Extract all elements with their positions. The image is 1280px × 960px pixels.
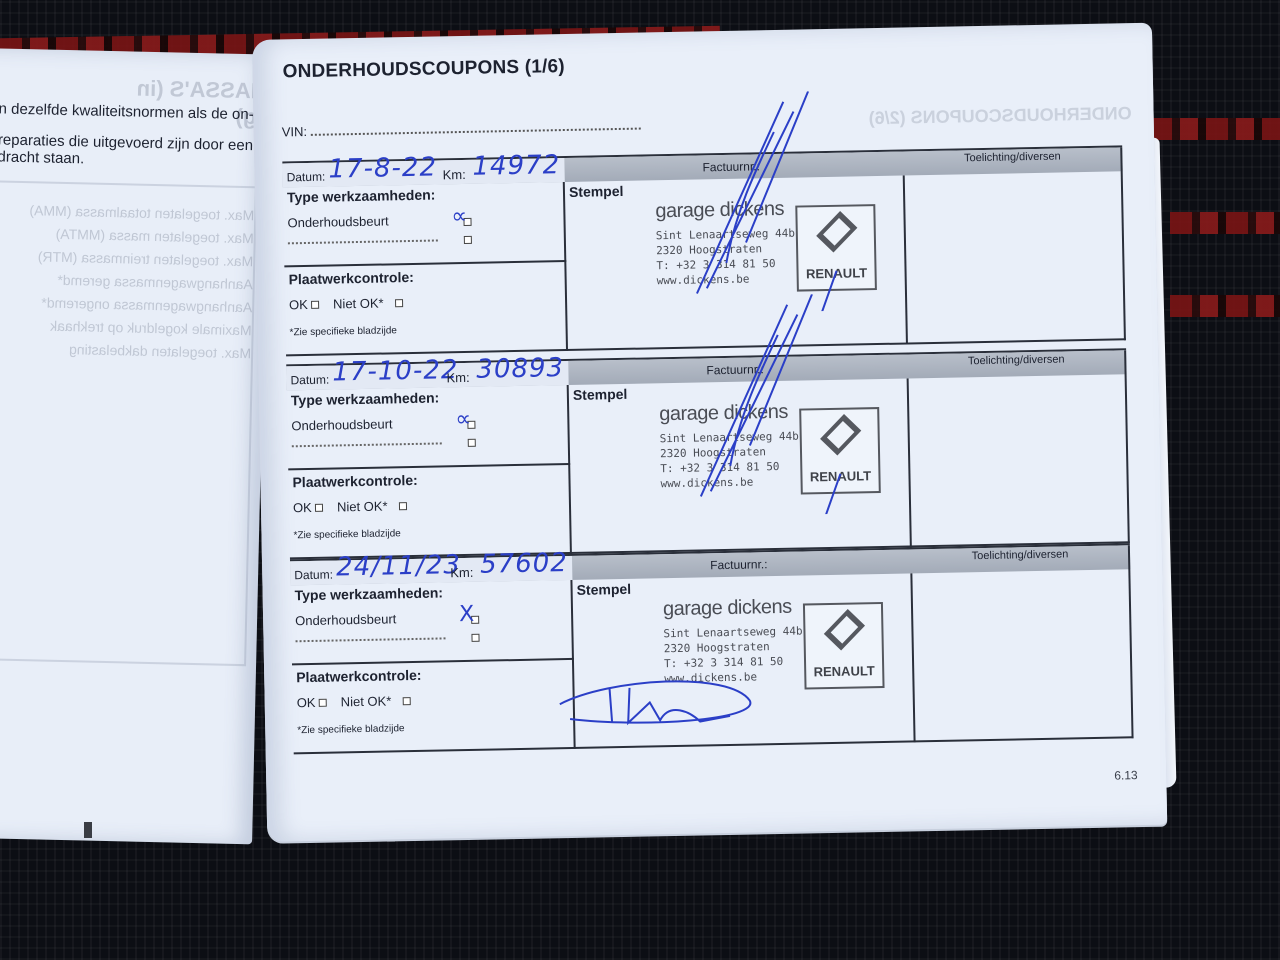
notes-column[interactable]: Toelichting/diversen — [912, 545, 1134, 742]
other-work-checkbox[interactable] — [468, 439, 476, 447]
work-type-column: Type werkzaamheden: Onderhoudsbeurt ∝ Pl… — [283, 182, 568, 356]
check-mark-icon: ∝ — [455, 407, 471, 432]
address-line: T: +32 3 314 81 50 — [656, 256, 795, 274]
datum-value[interactable]: 24/11/23 — [336, 550, 461, 582]
garage-name: garage dickens — [655, 198, 784, 223]
renault-diamond-icon — [824, 609, 865, 651]
stamp-column: Stempel garage dickens Sint Lenaartseweg… — [572, 573, 915, 748]
factuurnr-label: Factuurnr.: — [710, 557, 768, 572]
niet-ok-label: Niet OK* — [333, 296, 384, 312]
other-work-dotted-line — [292, 442, 442, 447]
garage-address: Sint Lenaartseweg 44b 2320 Hoogstraten T… — [656, 226, 796, 289]
left-page: MASSA'S (in kg) n dezelfde kwaliteitsnor… — [0, 48, 270, 844]
check-mark-icon: X — [459, 602, 475, 627]
km-value[interactable]: 14972 — [472, 150, 560, 182]
km-value[interactable]: 30893 — [476, 353, 564, 385]
stempel-label: Stempel — [569, 183, 624, 200]
niet-ok-checkbox[interactable] — [403, 697, 411, 705]
notes-column[interactable]: Toelichting/diversen — [908, 350, 1130, 547]
niet-ok-checkbox[interactable] — [395, 299, 403, 307]
footnote: *Zie specifieke bladzijde — [297, 723, 404, 736]
toelichting-label: Toelichting/diversen — [912, 547, 1128, 563]
work-type-column: Type werkzaamheden: Onderhoudsbeurt X Pl… — [290, 580, 575, 754]
other-work-checkbox[interactable] — [464, 236, 472, 244]
km-label: Km: — [446, 370, 469, 385]
type-werk-label: Type werkzaamheden: — [287, 187, 436, 206]
page-number: 6.13 — [1114, 768, 1138, 782]
plaatwerk-label: Plaatwerkcontrole: — [288, 269, 414, 287]
garage-name: garage dickens — [663, 596, 792, 621]
datum-label: Datum: — [287, 170, 326, 185]
toelichting-label: Toelichting/diversen — [908, 352, 1124, 368]
garage-stamp: garage dickens Sint Lenaartseweg 44b 232… — [655, 195, 917, 310]
ghost-lines: Max. toegelaten totaalmassa (MMA) Max. t… — [0, 198, 255, 365]
niet-ok-label: Niet OK* — [341, 693, 392, 709]
type-werk-label: Type werkzaamheden: — [291, 389, 440, 408]
ghost-title-next: ONDERHOUDSCOUPONS (2/6) — [868, 103, 1131, 129]
section-divider — [284, 260, 566, 267]
maintenance-coupon: Datum: 17-8-22 Km: 14972 Factuurnr.: Typ… — [282, 145, 1126, 356]
renault-wordmark: RENAULT — [798, 265, 874, 281]
stamp-column: Stempel garage dickens Sint Lenaartseweg… — [569, 378, 912, 553]
garage-address: Sint Lenaartseweg 44b 2320 Hoogstraten T… — [660, 429, 800, 492]
notes-column[interactable]: Toelichting/diversen — [904, 147, 1126, 344]
address-line: www.dickens.be — [660, 474, 799, 492]
renault-wordmark: RENAULT — [802, 468, 878, 484]
vin-label: VIN: — [282, 124, 308, 139]
plaatwerk-label: Plaatwerkcontrole: — [292, 472, 418, 490]
ok-checkbox[interactable] — [319, 699, 327, 707]
left-page-text: n dezelfde kwaliteitsnormen als de on- r… — [0, 100, 269, 185]
address-line: Sint Lenaartseweg 44b — [656, 226, 795, 244]
page-title: ONDERHOUDSCOUPONS (1/6) — [282, 56, 565, 83]
toelichting-label: Toelichting/diversen — [904, 149, 1120, 165]
address-line: T: +32 3 314 81 50 — [660, 459, 799, 477]
footnote: *Zie specifieke bladzijde — [293, 528, 400, 541]
garage-stamp: garage dickens Sint Lenaartseweg 44b 232… — [663, 593, 925, 708]
other-work-dotted-line — [296, 637, 446, 642]
seat-fabric-stripe — [1170, 212, 1280, 234]
datum-value[interactable]: 17-10-22 — [332, 355, 459, 387]
stempel-label: Stempel — [573, 386, 628, 403]
datum-value[interactable]: 17-8-22 — [328, 152, 437, 184]
renault-diamond-icon — [820, 414, 861, 456]
datum-label: Datum: — [290, 373, 329, 388]
datum-label: Datum: — [294, 568, 333, 583]
address-line: www.dickens.be — [664, 669, 803, 687]
section-divider — [288, 463, 570, 470]
km-value[interactable]: 57602 — [480, 548, 568, 580]
other-work-checkbox[interactable] — [471, 634, 479, 642]
section-divider — [292, 658, 574, 665]
niet-ok-label: Niet OK* — [337, 498, 388, 514]
plaatwerk-label: Plaatwerkcontrole: — [296, 667, 422, 685]
niet-ok-checkbox[interactable] — [399, 502, 407, 510]
right-page: ONDERHOUDSCOUPONS (1/6) ONDERHOUDSCOUPON… — [252, 23, 1167, 842]
seat-fabric-stripe — [1170, 295, 1280, 317]
section-marker — [84, 822, 92, 838]
maintenance-coupon: Datum: 17-10-22 Km: 30893 Factuurnr.: Ty… — [286, 348, 1130, 559]
km-label: Km: — [450, 565, 473, 580]
work-type-column: Type werkzaamheden: Onderhoudsbeurt ∝ Pl… — [287, 385, 572, 559]
address-line: Sint Lenaartseweg 44b — [660, 429, 799, 447]
ok-label: OK — [289, 297, 308, 312]
seat-fabric-stripe — [1150, 118, 1280, 140]
address-line: T: +32 3 314 81 50 — [664, 654, 803, 672]
vin-dotted-line — [311, 128, 641, 136]
vin-field[interactable]: VIN: — [282, 118, 642, 140]
ok-checkbox[interactable] — [311, 301, 319, 309]
other-work-dotted-line — [288, 239, 438, 244]
renault-logo: RENAULT — [795, 204, 877, 292]
address-line: Sint Lenaartseweg 44b — [663, 624, 802, 642]
ok-label: OK — [293, 500, 312, 515]
renault-wordmark: RENAULT — [806, 663, 882, 679]
km-label: Km: — [442, 167, 465, 182]
address-line: www.dickens.be — [657, 271, 796, 289]
factuurnr-label: Factuurnr.: — [702, 159, 760, 174]
stempel-label: Stempel — [576, 581, 631, 598]
factuurnr-label: Factuurnr.: — [706, 362, 764, 377]
type-werk-label: Type werkzaamheden: — [295, 584, 444, 603]
stamp-column: Stempel garage dickens Sint Lenaartseweg… — [565, 175, 908, 350]
renault-logo: RENAULT — [799, 407, 881, 495]
garage-address: Sint Lenaartseweg 44b 2320 Hoogstraten T… — [663, 624, 803, 687]
renault-logo: RENAULT — [803, 602, 885, 690]
check-mark-icon: ∝ — [451, 204, 467, 229]
onderhoudsbeurt-label: Onderhoudsbeurt — [291, 416, 392, 433]
garage-name: garage dickens — [659, 401, 788, 426]
renault-diamond-icon — [816, 211, 857, 253]
ok-label: OK — [297, 695, 316, 710]
garage-stamp: garage dickens Sint Lenaartseweg 44b 232… — [659, 398, 921, 513]
footnote: *Zie specifieke bladzijde — [290, 325, 397, 338]
paragraph: reparaties die uitgevoerd zijn door een … — [0, 131, 268, 171]
onderhoudsbeurt-label: Onderhoudsbeurt — [295, 611, 396, 628]
ok-checkbox[interactable] — [315, 504, 323, 512]
maintenance-coupon: Datum: 24/11/23 Km: 57602 Factuurnr.: Ty… — [290, 543, 1134, 754]
onderhoudsbeurt-label: Onderhoudsbeurt — [287, 213, 388, 230]
